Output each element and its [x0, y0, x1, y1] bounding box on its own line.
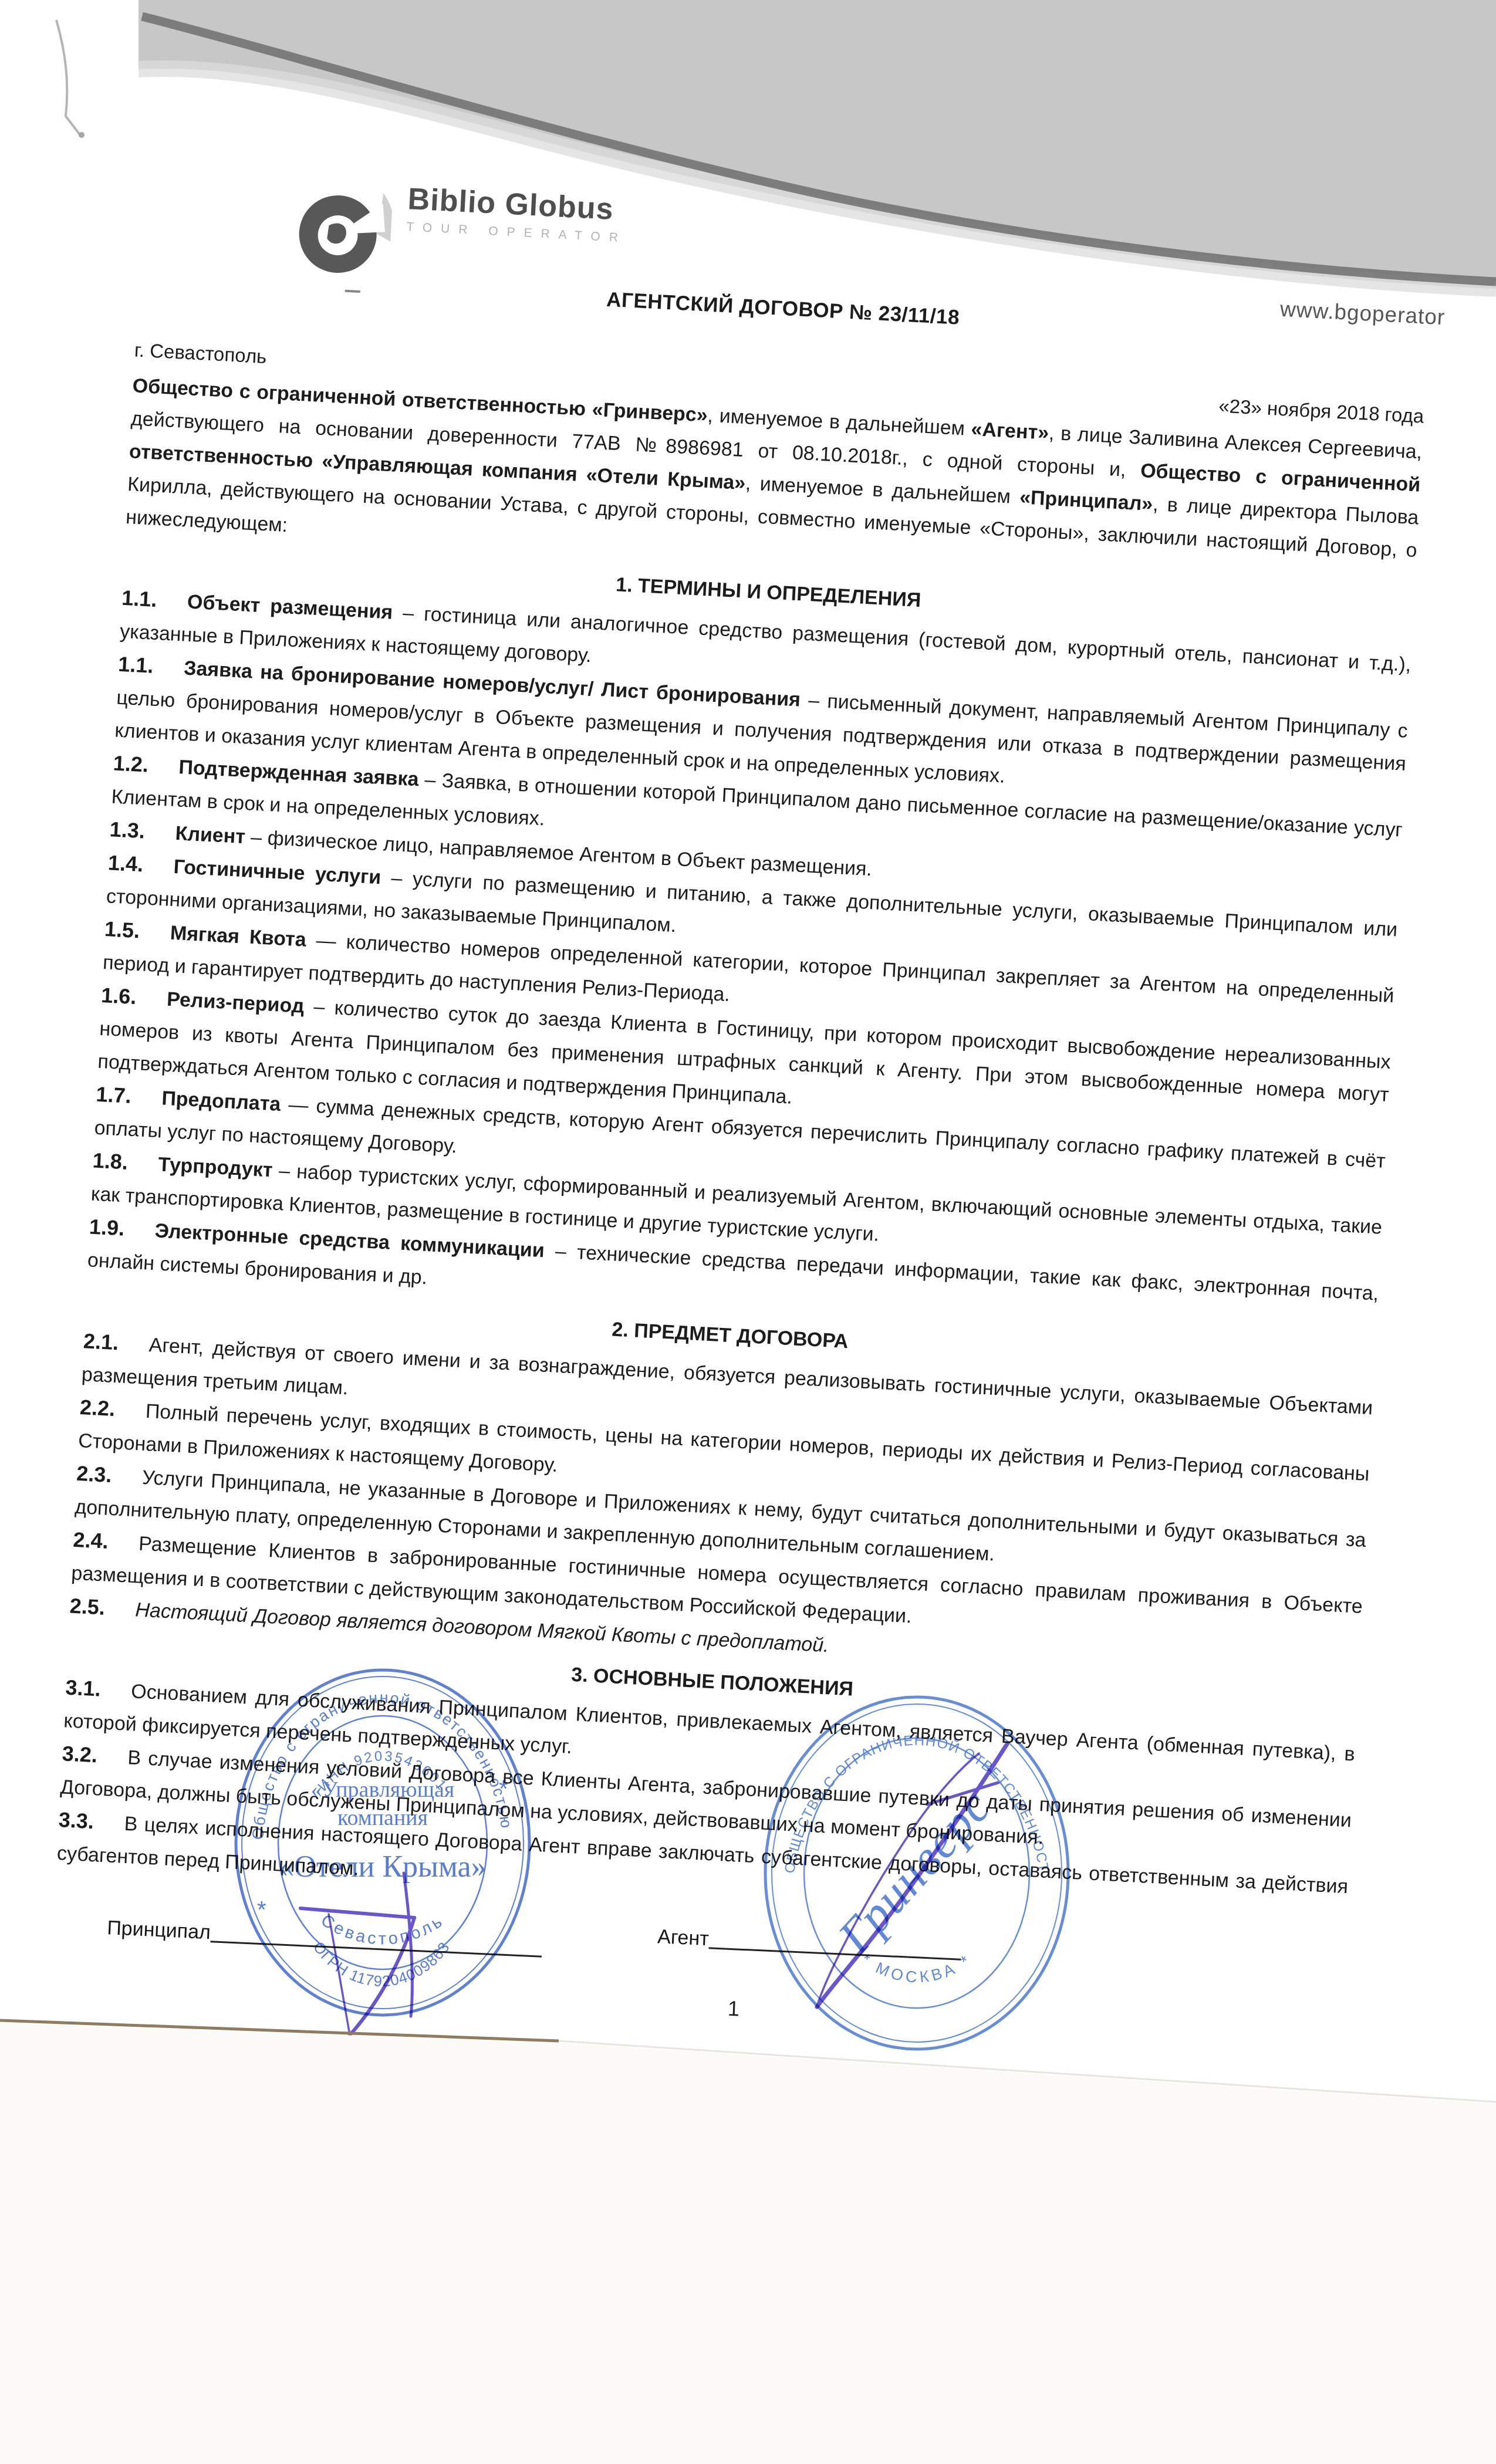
agent-signature-ink — [817, 1744, 1007, 2007]
scanned-contract-page: { "header": { "brand": "Biblio Globus", … — [0, 0, 1496, 2464]
page-bottom-edge — [0, 1995, 1496, 2464]
